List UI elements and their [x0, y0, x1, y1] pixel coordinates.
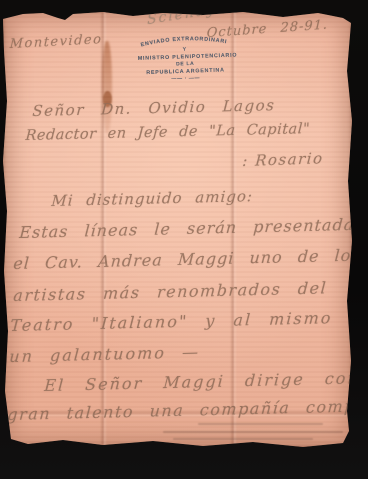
ink-showthrough-streak: [163, 431, 343, 433]
body-line: un galantuomo —: [9, 342, 201, 366]
body-line: Teatro "Italiano" y al mismo tiempo: [10, 306, 368, 335]
archival-annotation: Sciendy: [147, 1, 217, 28]
ink-showthrough-streak: [198, 423, 323, 425]
scanned-letter: Sciendy Montevideo Octubre 28-91. ENVIAD…: [0, 0, 368, 479]
rust-stain: [102, 41, 112, 133]
recipient-name: Señor Dn. Ovidio Lagos: [32, 96, 276, 120]
body-line: gran talento una compañía completa: [7, 396, 368, 424]
body-line: artistas más renombrados del: [13, 278, 328, 305]
body-line: El Señor Maggi dirige con: [44, 368, 361, 395]
recipient-city: : Rosario: [242, 149, 325, 170]
letter-place: Montevideo: [9, 32, 102, 52]
salutation: Mi distinguido amigo:: [51, 187, 254, 210]
ink-showthrough-streak: [173, 438, 313, 440]
body-line: el Cav. Andrea Maggi uno de los: [13, 246, 361, 274]
recipient-title: Redactor en Jefe de "La Capital": [25, 121, 311, 144]
diplomatic-stamp: ENVIADO EXTRAORDINARIO Y MINISTRO PLENIP…: [137, 33, 233, 84]
letter-paper: Sciendy Montevideo Octubre 28-91. ENVIAD…: [3, 11, 352, 447]
body-line: Estas líneas le serán presentadas por: [19, 213, 368, 242]
